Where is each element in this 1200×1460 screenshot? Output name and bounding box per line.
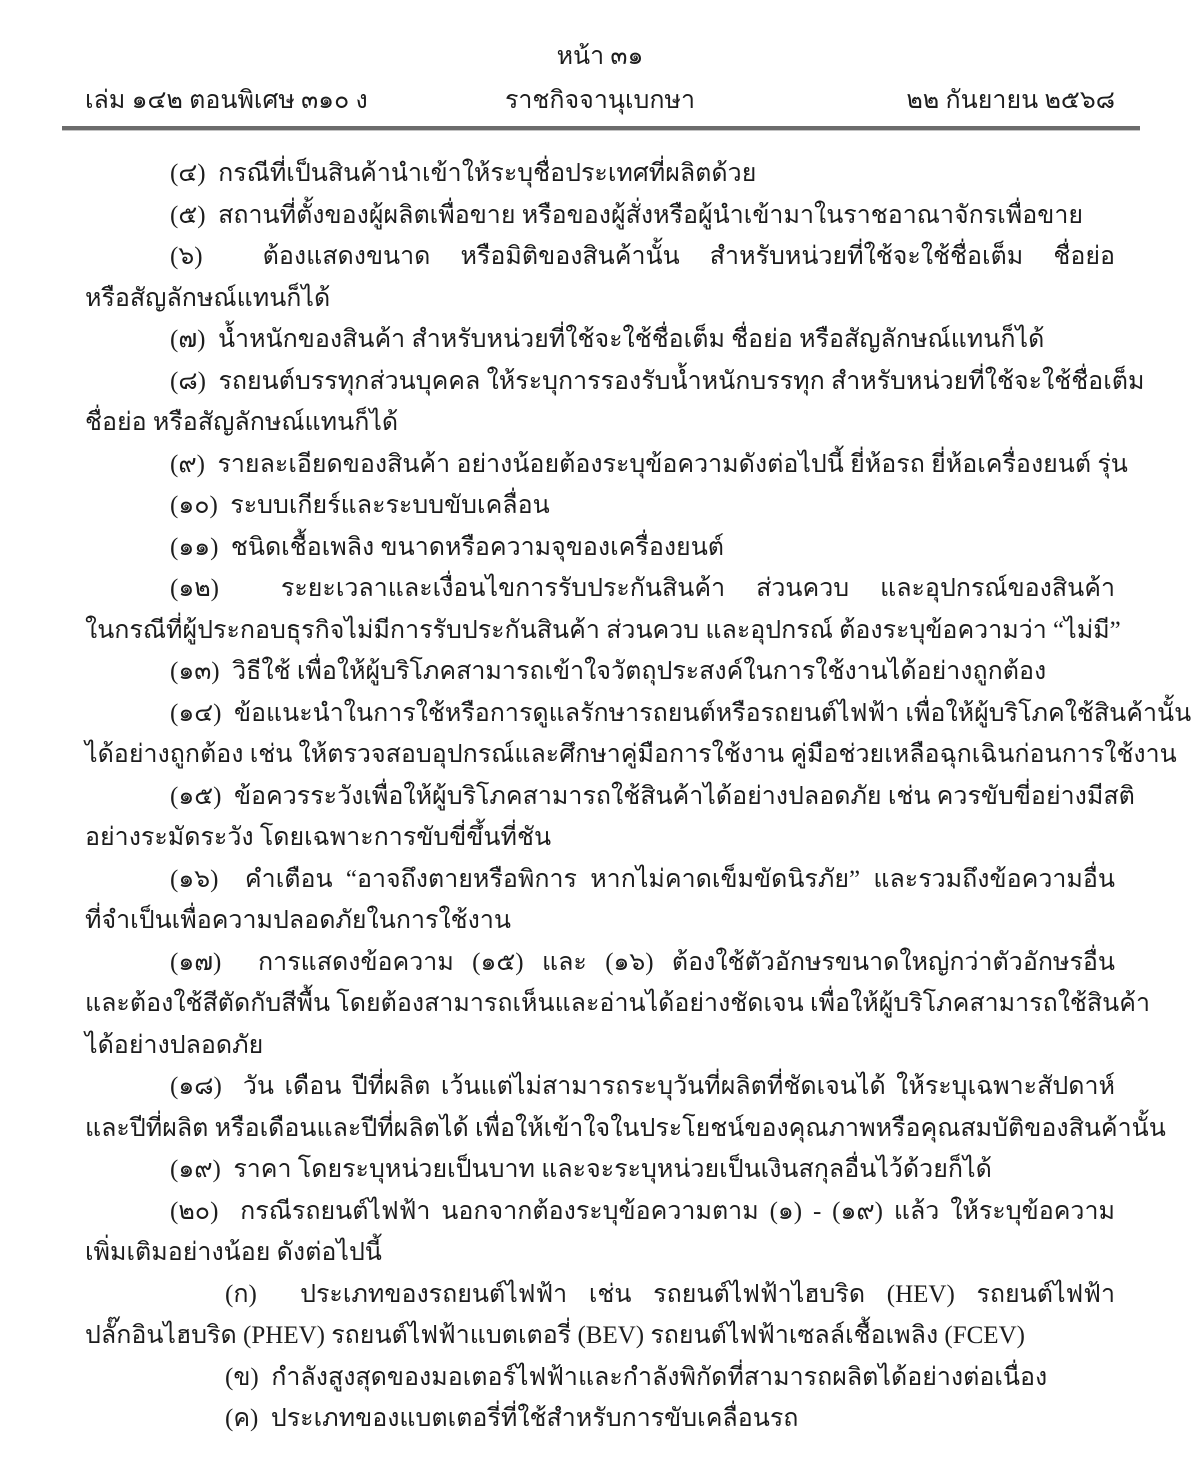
paragraph: (๙) รายละเอียดของสินค้า อย่างน้อยต้องระบ…: [85, 444, 1115, 486]
paragraph: (๒๐) กรณีรถยนต์ไฟฟ้า นอกจากต้องระบุข้อคว…: [85, 1191, 1115, 1274]
paragraph: (๗) น้ำหนักของสินค้า สำหรับหน่วยที่ใช้จะ…: [85, 319, 1115, 361]
text-line: (๑๕) ข้อควรระวังเพื่อให้ผู้บริโภคสามารถใ…: [85, 776, 1115, 818]
text-line: ปลั๊กอินไฮบริด (PHEV) รถยนต์ไฟฟ้าแบตเตอร…: [85, 1315, 1115, 1357]
text-line: เพิ่มเติมอย่างน้อย ดังต่อไปนี้: [85, 1232, 1115, 1274]
text-line: (๑๑) ชนิดเชื้อเพลิง ขนาดหรือความจุของเคร…: [85, 527, 1115, 569]
text-line: (๑๔) ข้อแนะนำในการใช้หรือการดูแลรักษารถย…: [85, 693, 1115, 735]
paragraph: (ข) กำลังสูงสุดของมอเตอร์ไฟฟ้าและกำลังพิ…: [85, 1357, 1115, 1399]
paragraph: (๑๒) ระยะเวลาและเงื่อนไขการรับประกันสินค…: [85, 568, 1115, 651]
paragraph: (๕) สถานที่ตั้งของผู้ผลิตเพื่อขาย หรือขอ…: [85, 195, 1115, 237]
gazette-page: หน้า ๓๑ เล่ม ๑๔๒ ตอนพิเศษ ๓๑๐ ง ราชกิจจา…: [0, 0, 1200, 1460]
paragraph: (๑๑) ชนิดเชื้อเพลิง ขนาดหรือความจุของเคร…: [85, 527, 1115, 569]
gazette-title: ราชกิจจานุเบกษา: [85, 84, 1115, 118]
paragraph: (๑๙) ราคา โดยระบุหน่วยเป็นบาท และจะระบุห…: [85, 1149, 1115, 1191]
paragraph: (๑๘) วัน เดือน ปีที่ผลิต เว้นแต่ไม่สามาร…: [85, 1066, 1115, 1149]
paragraph: (๘) รถยนต์บรรทุกส่วนบุคคล ให้ระบุการรองร…: [85, 361, 1115, 444]
paragraph: (ค) ประเภทของแบตเตอรี่ที่ใช้สำหรับการขับ…: [85, 1398, 1115, 1440]
paragraph: (๑๗) การแสดงข้อความ (๑๕) และ (๑๖) ต้องใช…: [85, 942, 1115, 1067]
text-line: หรือสัญลักษณ์แทนก็ได้: [85, 278, 1115, 320]
text-line: (ข) กำลังสูงสุดของมอเตอร์ไฟฟ้าและกำลังพิ…: [85, 1357, 1115, 1399]
text-line: อย่างระมัดระวัง โดยเฉพาะการขับขี่ขึ้นที่…: [85, 817, 1115, 859]
text-line: (๑๒) ระยะเวลาและเงื่อนไขการรับประกันสินค…: [85, 568, 1115, 610]
text-line: ได้อย่างถูกต้อง เช่น ให้ตรวจสอบอุปกรณ์แล…: [85, 734, 1115, 776]
text-line: (๔) กรณีที่เป็นสินค้านำเข้าให้ระบุชื่อปร…: [85, 153, 1115, 195]
text-line: (๖) ต้องแสดงขนาด หรือมิติของสินค้านั้น ส…: [85, 236, 1115, 278]
text-line: (๒๐) กรณีรถยนต์ไฟฟ้า นอกจากต้องระบุข้อคว…: [85, 1191, 1115, 1233]
text-line: (๕) สถานที่ตั้งของผู้ผลิตเพื่อขาย หรือขอ…: [85, 195, 1115, 237]
paragraph: (๔) กรณีที่เป็นสินค้านำเข้าให้ระบุชื่อปร…: [85, 153, 1115, 195]
text-line: (๑๓) วิธีใช้ เพื่อให้ผู้บริโภคสามารถเข้า…: [85, 651, 1115, 693]
masthead-row: เล่ม ๑๔๒ ตอนพิเศษ ๓๑๐ ง ราชกิจจานุเบกษา …: [85, 84, 1115, 118]
text-line: ชื่อย่อ หรือสัญลักษณ์แทนก็ได้: [85, 402, 1115, 444]
text-line: (๙) รายละเอียดของสินค้า อย่างน้อยต้องระบ…: [85, 444, 1115, 486]
paragraph: (๑๓) วิธีใช้ เพื่อให้ผู้บริโภคสามารถเข้า…: [85, 651, 1115, 693]
text-line: (๑๖) คำเตือน “อาจถึงตายหรือพิการ หากไม่ค…: [85, 859, 1115, 901]
page-number: หน้า ๓๑: [0, 40, 1200, 74]
text-line: (๘) รถยนต์บรรทุกส่วนบุคคล ให้ระบุการรองร…: [85, 361, 1115, 403]
text-line: ได้อย่างปลอดภัย: [85, 1025, 1115, 1067]
paragraph: (๑๕) ข้อควรระวังเพื่อให้ผู้บริโภคสามารถใ…: [85, 776, 1115, 859]
text-line: ที่จำเป็นเพื่อความปลอดภัยในการใช้งาน: [85, 900, 1115, 942]
text-line: (ค) ประเภทของแบตเตอรี่ที่ใช้สำหรับการขับ…: [85, 1398, 1115, 1440]
text-line: (๑๐) ระบบเกียร์และระบบขับเคลื่อน: [85, 485, 1115, 527]
paragraph: (๑๐) ระบบเกียร์และระบบขับเคลื่อน: [85, 485, 1115, 527]
text-line: (๑๘) วัน เดือน ปีที่ผลิต เว้นแต่ไม่สามาร…: [85, 1066, 1115, 1108]
text-line: และปีที่ผลิต หรือเดือนและปีที่ผลิตได้ เพ…: [85, 1108, 1115, 1150]
paragraph: (๑๖) คำเตือน “อาจถึงตายหรือพิการ หากไม่ค…: [85, 859, 1115, 942]
text-line: (๗) น้ำหนักของสินค้า สำหรับหน่วยที่ใช้จะ…: [85, 319, 1115, 361]
text-line: (๑๗) การแสดงข้อความ (๑๕) และ (๑๖) ต้องใช…: [85, 942, 1115, 984]
paragraph: (๖) ต้องแสดงขนาด หรือมิติของสินค้านั้น ส…: [85, 236, 1115, 319]
paragraph: (๑๔) ข้อแนะนำในการใช้หรือการดูแลรักษารถย…: [85, 693, 1115, 776]
header-rule: [62, 126, 1140, 131]
paragraph: (ก) ประเภทของรถยนต์ไฟฟ้า เช่น รถยนต์ไฟฟ้…: [85, 1274, 1115, 1357]
page-header: หน้า ๓๑ เล่ม ๑๔๒ ตอนพิเศษ ๓๑๐ ง ราชกิจจา…: [0, 40, 1200, 131]
document-body: (๔) กรณีที่เป็นสินค้านำเข้าให้ระบุชื่อปร…: [85, 153, 1115, 1440]
text-line: (๑๙) ราคา โดยระบุหน่วยเป็นบาท และจะระบุห…: [85, 1149, 1115, 1191]
text-line: และต้องใช้สีตัดกับสีพื้น โดยต้องสามารถเห…: [85, 983, 1115, 1025]
text-line: (ก) ประเภทของรถยนต์ไฟฟ้า เช่น รถยนต์ไฟฟ้…: [85, 1274, 1115, 1316]
text-line: ในกรณีที่ผู้ประกอบธุรกิจไม่มีการรับประกั…: [85, 610, 1115, 652]
